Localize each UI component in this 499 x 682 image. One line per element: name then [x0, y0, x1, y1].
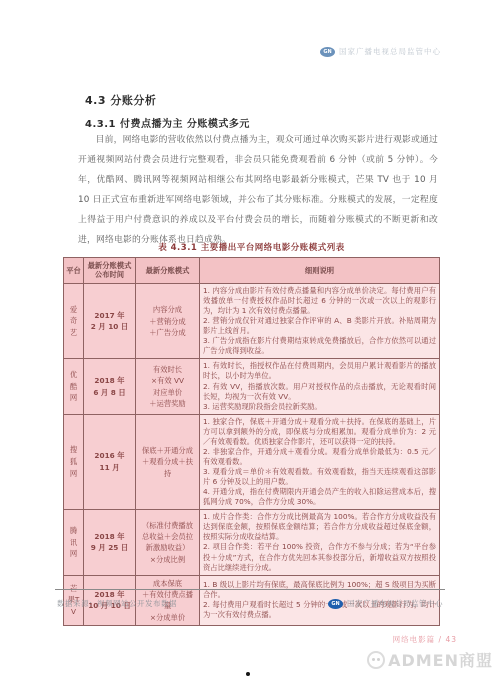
mode-cell: 有效时长 ×有效 VV 对应单价 ＋运营奖励: [136, 359, 200, 414]
table-row-youku: 优酷网 2018 年 6 月 8 日 有效时长 ×有效 VV 对应单价 ＋运营奖…: [64, 359, 440, 414]
table-row-tencent: 腾讯网 2018 年 9 月 25 日 （标准付费播放 总收益＋会员拉 新激励收…: [64, 510, 440, 575]
date-cell: 2017 年 2 月 10 日: [84, 283, 136, 358]
section-heading: 4.3 分账分析: [85, 92, 156, 108]
body-paragraph: 目前，网络电影的营收依然以付费点播为主，观众可通过单次购买影片进行观影或通过开通…: [78, 130, 438, 250]
footer-org: GN 国家广播电视总局监管中心: [328, 598, 443, 609]
footer-org-name: 国家广播电视总局监管中心: [347, 598, 443, 609]
page-number-label: 网络电影篇 / 43: [393, 634, 457, 645]
detail-cell: 1. 独家合作，保底＋开通分成＋观看分成＋扶持。在保底的基础上，片方可以拿到额外…: [200, 414, 440, 510]
col-header-detail: 细则说明: [200, 258, 440, 284]
admen-watermark: ADMEN商盟: [367, 648, 493, 671]
revenue-share-table: 平台 最新分账模式 公布时间 最新分账模式 细则说明 爱奇艺 2017 年 2 …: [63, 257, 440, 626]
page-header: GN 国家广播电视总局监管中心: [320, 46, 441, 57]
platform-cell: 爱奇艺: [64, 283, 84, 358]
page-footer: 数据来源：视频网站公开发布数据 GN 国家广播电视总局监管中心: [57, 598, 443, 609]
col-header-date: 最新分账模式 公布时间: [84, 258, 136, 284]
subsection-heading: 4.3.1 付费点播为主 分账模式多元: [85, 115, 250, 130]
data-source-note: 数据来源：视频网站公开发布数据: [57, 598, 177, 609]
table-title: 表 4.3.1 主要播出平台网络电影分账模式列表: [63, 241, 440, 253]
nrta-logo-icon: GN: [320, 47, 335, 57]
nrta-logo-icon: GN: [328, 599, 343, 609]
mode-cell: （标准付费播放 总收益＋会员拉 新激励收益） ×分成比例: [136, 510, 200, 575]
table-row-iqiyi: 爱奇艺 2017 年 2 月 10 日 内容分成 ＋营销分成 ＋广告分成 1. …: [64, 283, 440, 358]
mode-cell: 保底＋开通分成 ＋观看分成＋扶持: [136, 414, 200, 510]
detail-cell: 1. 有效时长，指授权作品在付费周期内，会员用户累计观看影片的播放时长，以小时为…: [200, 359, 440, 414]
header-org-name: 国家广播电视总局监管中心: [339, 46, 441, 57]
mode-cell: 内容分成 ＋营销分成 ＋广告分成: [136, 283, 200, 358]
footer-divider: [55, 589, 445, 590]
report-page: { "palette": { "brand_blue": "#1f5fae", …: [0, 0, 499, 682]
detail-cell: 1. 成片合作类：合作方分成比例最高为 100%。若合作方分成收益没有达到保底金…: [200, 510, 440, 575]
platform-cell: 优酷网: [64, 359, 84, 414]
col-header-platform: 平台: [64, 258, 84, 284]
platform-cell: 腾讯网: [64, 510, 84, 575]
admen-watermark-text: ADMEN商盟: [388, 648, 493, 671]
table-row-sohu: 搜狐网 2016 年 11 月 保底＋开通分成 ＋观看分成＋扶持 1. 独家合作…: [64, 414, 440, 510]
detail-cell: 1. 内容分成由影片有效付费点播量和内容分成单价决定。每付费用户有效播放单一付费…: [200, 283, 440, 358]
platform-cell: 搜狐网: [64, 414, 84, 510]
date-cell: 2018 年 6 月 8 日: [84, 359, 136, 414]
date-cell: 2016 年 11 月: [84, 414, 136, 510]
page-indicator-dot: [246, 672, 250, 676]
col-header-mode: 最新分账模式: [136, 258, 200, 284]
table-header-row: 平台 最新分账模式 公布时间 最新分账模式 细则说明: [64, 258, 440, 284]
date-cell: 2018 年 9 月 25 日: [84, 510, 136, 575]
admen-logo-icon: [367, 651, 385, 669]
